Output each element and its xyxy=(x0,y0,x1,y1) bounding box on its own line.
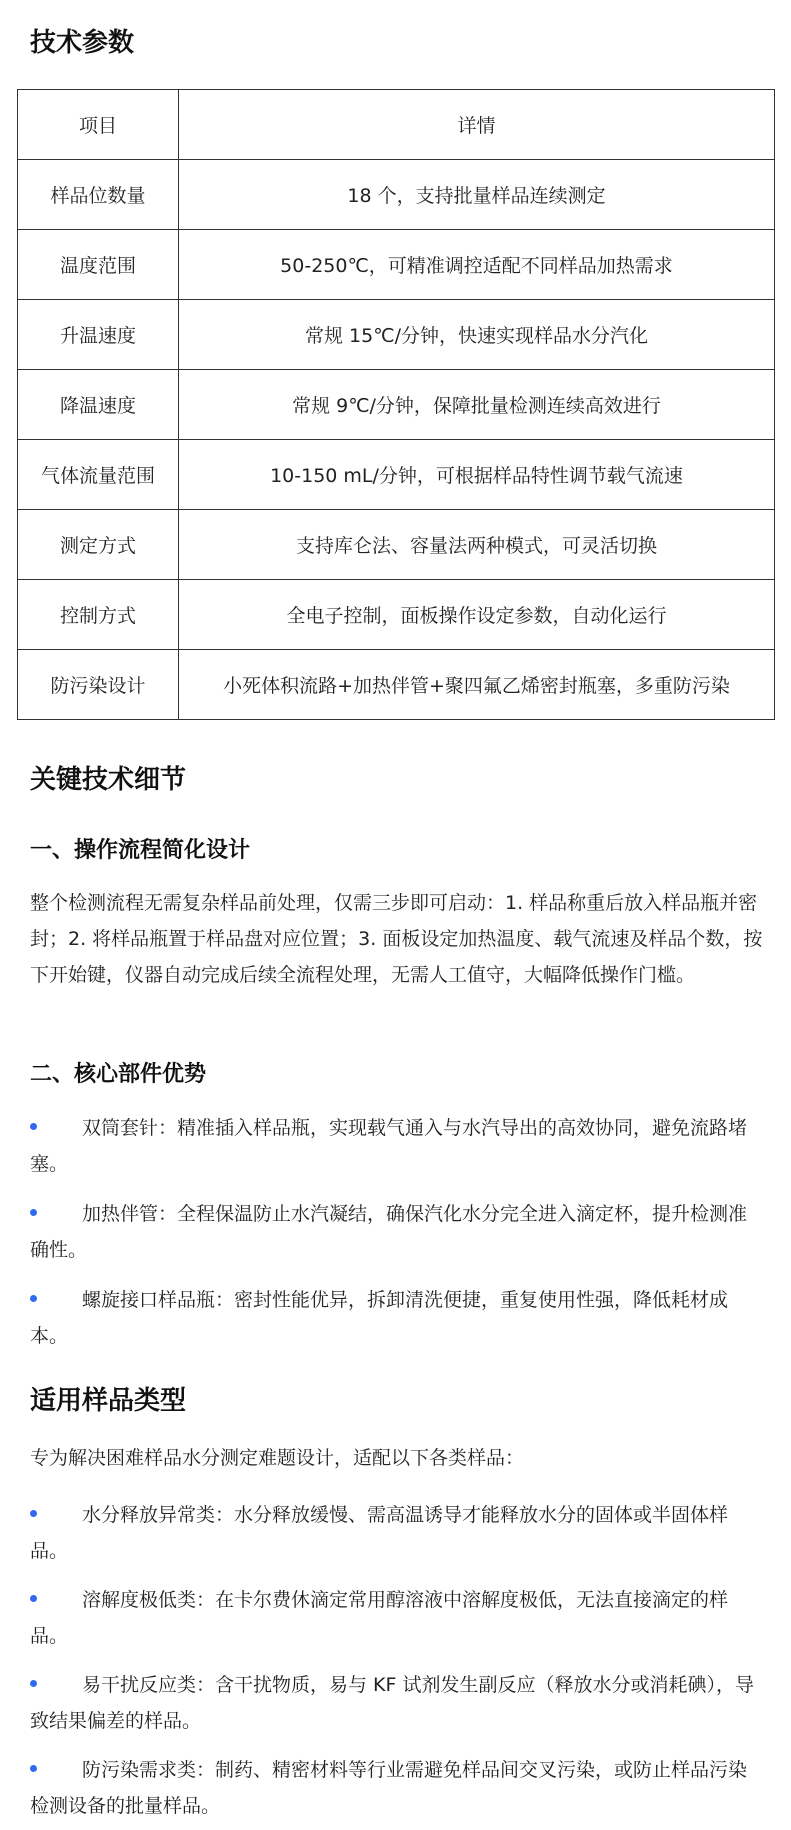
sample-types-title: 适用样品类型 xyxy=(30,1384,186,1418)
list-item-text: 易干扰反应类：含干扰物质，易与 KF 试剂发生副反应（释放水分或消耗碘），导致结… xyxy=(30,1674,754,1732)
table-row: 测定方式 支持库仑法、容量法两种模式，可灵活切换 xyxy=(18,510,775,580)
row-item: 样品位数量 xyxy=(18,160,179,230)
row-item: 气体流量范围 xyxy=(18,440,179,510)
row-detail: 10-150 mL/分钟，可根据样品特性调节载气流速 xyxy=(179,440,775,510)
list-item-text: 双筒套针：精准插入样品瓶，实现载气通入与水汽导出的高效协同，避免流路堵塞。 xyxy=(30,1117,747,1175)
row-detail: 18 个，支持批量样品连续测定 xyxy=(179,160,775,230)
table-row: 样品位数量 18 个，支持批量样品连续测定 xyxy=(18,160,775,230)
list-item-text: 溶解度极低类：在卡尔费休滴定常用醇溶液中溶解度极低，无法直接滴定的样品。 xyxy=(30,1589,728,1647)
table-row: 控制方式 全电子控制，面板操作设定参数，自动化运行 xyxy=(18,580,775,650)
list-item-text: 加热伴管：全程保温防止水汽凝结，确保汽化水分完全进入滴定杯，提升检测准确性。 xyxy=(30,1203,747,1261)
bullet-icon xyxy=(30,1510,37,1517)
row-item: 升温速度 xyxy=(18,300,179,370)
list-item: 螺旋接口样品瓶：密封性能优异，拆卸清洗便捷，重复使用性强，降低耗材成本。 xyxy=(30,1282,765,1354)
header-detail: 详情 xyxy=(179,90,775,160)
list-item: 易干扰反应类：含干扰物质，易与 KF 试剂发生副反应（释放水分或消耗碘），导致结… xyxy=(30,1667,765,1739)
bullet-icon xyxy=(30,1595,37,1602)
section1-paragraph: 整个检测流程无需复杂样品前处理，仅需三步即可启动：1. 样品称重后放入样品瓶并密… xyxy=(30,885,765,993)
row-item: 控制方式 xyxy=(18,580,179,650)
list-item-text: 螺旋接口样品瓶：密封性能优异，拆卸清洗便捷，重复使用性强，降低耗材成本。 xyxy=(30,1289,728,1347)
list-item-text: 防污染需求类：制药、精密材料等行业需避免样品间交叉污染，或防止样品污染检测设备的… xyxy=(30,1759,747,1817)
list-item: 双筒套针：精准插入样品瓶，实现载气通入与水汽导出的高效协同，避免流路堵塞。 xyxy=(30,1110,765,1182)
row-detail: 50-250℃，可精准调控适配不同样品加热需求 xyxy=(179,230,775,300)
table-row: 升温速度 常规 15℃/分钟，快速实现样品水分汽化 xyxy=(18,300,775,370)
list-item-text: 水分释放异常类：水分释放缓慢、需高温诱导才能释放水分的固体或半固体样品。 xyxy=(30,1504,728,1562)
row-item: 温度范围 xyxy=(18,230,179,300)
key-details-title: 关键技术细节 xyxy=(30,763,186,797)
row-item: 降温速度 xyxy=(18,370,179,440)
list-item: 防污染需求类：制药、精密材料等行业需避免样品间交叉污染，或防止样品污染检测设备的… xyxy=(30,1752,765,1824)
row-item: 防污染设计 xyxy=(18,650,179,720)
bullet-icon xyxy=(30,1765,37,1772)
bullet-icon xyxy=(30,1680,37,1687)
table-header-row: 项目 详情 xyxy=(18,90,775,160)
table-row: 温度范围 50-250℃，可精准调控适配不同样品加热需求 xyxy=(18,230,775,300)
row-detail: 全电子控制，面板操作设定参数，自动化运行 xyxy=(179,580,775,650)
table-row: 降温速度 常规 9℃/分钟，保障批量检测连续高效进行 xyxy=(18,370,775,440)
tech-params-title: 技术参数 xyxy=(30,26,134,60)
sample-types-intro: 专为解决困难样品水分测定难题设计，适配以下各类样品： xyxy=(30,1440,765,1476)
header-item: 项目 xyxy=(18,90,179,160)
list-item: 水分释放异常类：水分释放缓慢、需高温诱导才能释放水分的固体或半固体样品。 xyxy=(30,1497,765,1569)
list-item: 加热伴管：全程保温防止水汽凝结，确保汽化水分完全进入滴定杯，提升检测准确性。 xyxy=(30,1196,765,1268)
bullet-icon xyxy=(30,1209,37,1216)
list-item: 溶解度极低类：在卡尔费休滴定常用醇溶液中溶解度极低，无法直接滴定的样品。 xyxy=(30,1582,765,1654)
row-detail: 支持库仑法、容量法两种模式，可灵活切换 xyxy=(179,510,775,580)
table-row: 防污染设计 小死体积流路+加热伴管+聚四氟乙烯密封瓶塞，多重防污染 xyxy=(18,650,775,720)
section1-title: 一、操作流程简化设计 xyxy=(30,836,250,866)
table-row: 气体流量范围 10-150 mL/分钟，可根据样品特性调节载气流速 xyxy=(18,440,775,510)
section2-title: 二、核心部件优势 xyxy=(30,1060,206,1090)
bullet-icon xyxy=(30,1123,37,1130)
row-detail: 常规 15℃/分钟，快速实现样品水分汽化 xyxy=(179,300,775,370)
row-detail: 小死体积流路+加热伴管+聚四氟乙烯密封瓶塞，多重防污染 xyxy=(179,650,775,720)
bullet-icon xyxy=(30,1295,37,1302)
row-detail: 常规 9℃/分钟，保障批量检测连续高效进行 xyxy=(179,370,775,440)
row-item: 测定方式 xyxy=(18,510,179,580)
tech-params-table: 项目 详情 样品位数量 18 个，支持批量样品连续测定 温度范围 50-250℃… xyxy=(17,89,775,720)
